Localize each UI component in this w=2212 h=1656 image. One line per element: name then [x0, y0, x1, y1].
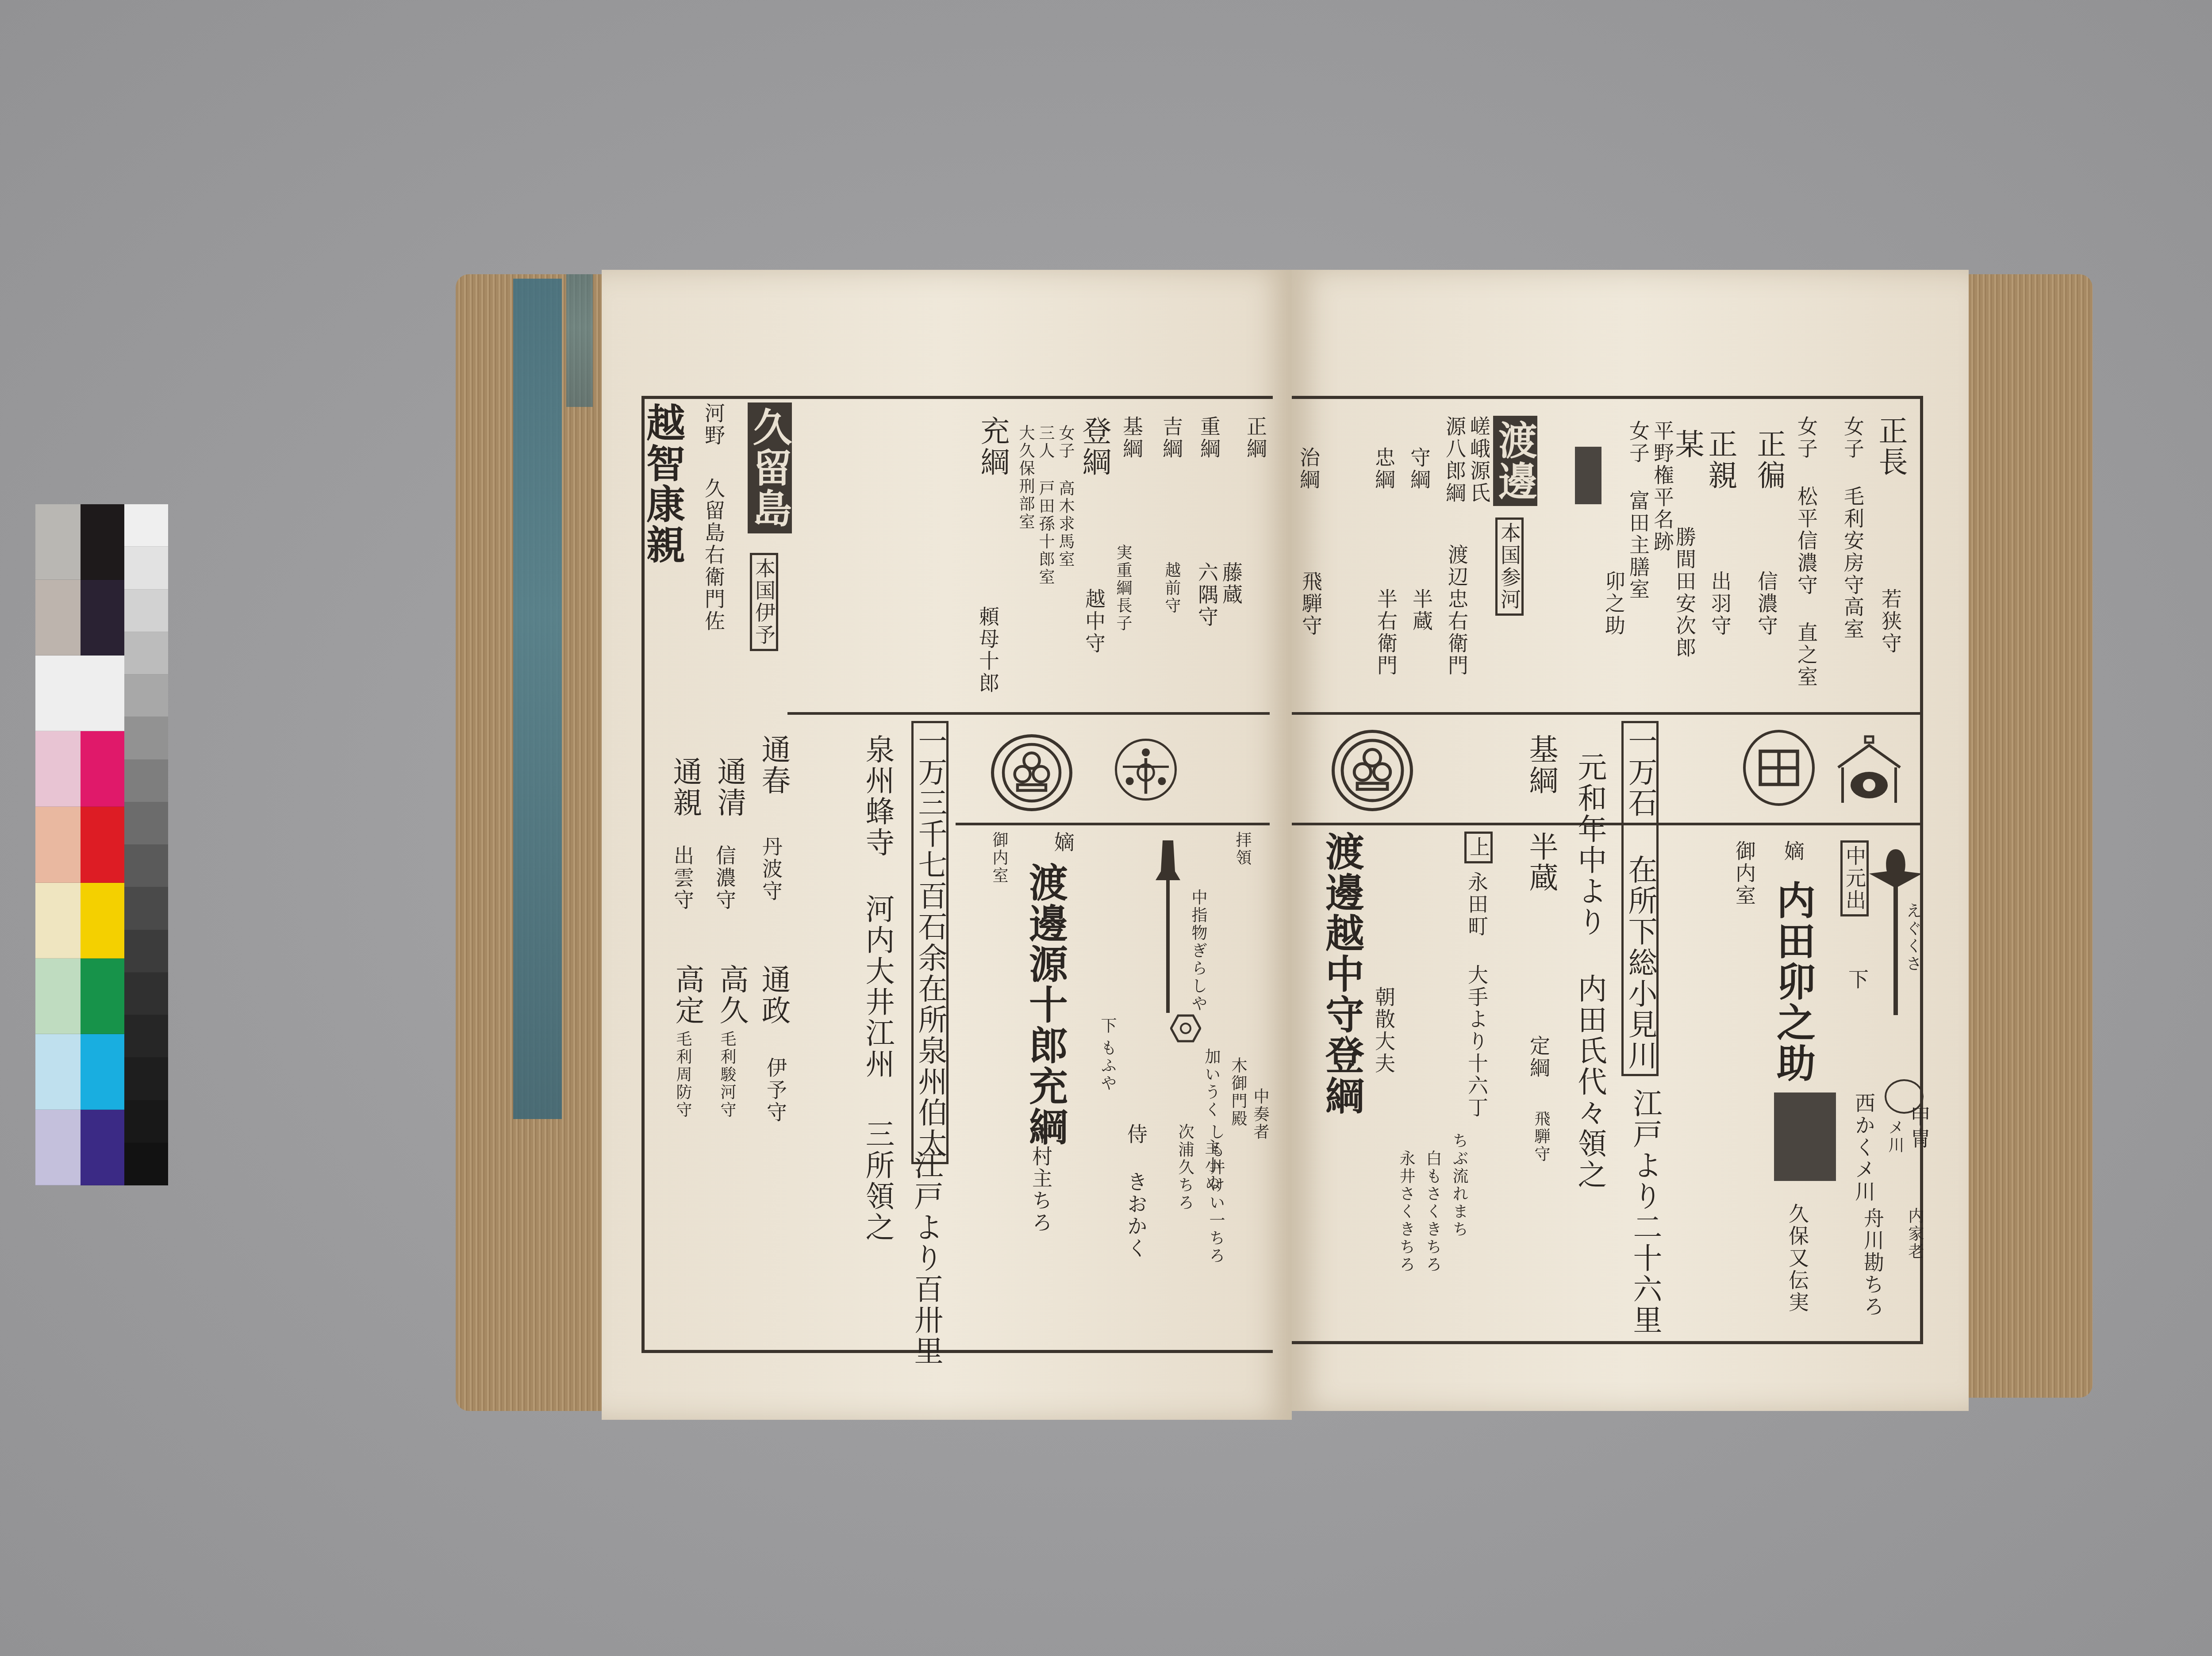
michiharu-title: 丹波守	[761, 836, 781, 902]
color-checker-card	[35, 504, 168, 1185]
crest-three-circles-icon	[991, 734, 1072, 811]
kurushima-title: 久留島右衛門佐	[703, 478, 724, 632]
fief-line-1: 一万三千七百石余在所泉州伯太	[911, 721, 949, 1164]
spear-text: ぎらしや	[1190, 942, 1206, 1013]
michiharu-name: 通春	[759, 734, 788, 796]
sadatsuna-name: 定綱	[1528, 1035, 1549, 1079]
color-patch	[35, 1034, 81, 1110]
harutsuna-name: 治綱	[1298, 447, 1319, 491]
steward-text-3: 永井さくきちろ	[1398, 1150, 1414, 1274]
color-patch	[35, 1110, 81, 1185]
color-patch	[124, 930, 168, 973]
daughters-2: 三人 戸田孫十郎室	[1037, 425, 1053, 586]
band-divider	[787, 712, 1270, 715]
color-patch	[81, 1110, 124, 1185]
noritsuna-name: 登綱	[1079, 416, 1109, 478]
right-note-2: 舟川勘ちろ	[1863, 1207, 1883, 1318]
color-patch	[35, 958, 81, 1034]
crest-shrine-icon	[1836, 734, 1902, 805]
upper-label: 上	[1464, 832, 1493, 863]
crest-text: 西かくメ川	[1854, 1092, 1874, 1203]
color-patch	[124, 802, 168, 845]
masachika-name: 正親	[1705, 429, 1735, 491]
blue-cover-fragment	[566, 274, 593, 407]
yoshitsuna-title: 越前守	[1164, 562, 1179, 615]
color-patch	[124, 717, 168, 759]
blotted-block	[1575, 447, 1601, 504]
open-book: 越智康親 河野 久留島右衛門佐 久留島 本国伊予 充綱 頼母十郎 大久保刑部室 …	[456, 261, 2093, 1420]
haiyo-label: 拝領	[1234, 832, 1250, 867]
right-page: 正長 若狭守 女子 毛利安房守高室 女子 松平信濃守 直之室 正徧 信濃守 正親…	[1292, 270, 1969, 1411]
motsuna-name: 基綱	[1121, 416, 1142, 460]
left-page: 越智康親 河野 久留島右衛門佐 久留島 本国伊予 充綱 頼母十郎 大久保刑部室 …	[602, 270, 1292, 1420]
hexcrest-text-3: しも井けい一ちろ	[1208, 1123, 1224, 1265]
michikiyo-name: 通清	[714, 756, 744, 818]
heir-name: 内田卯之助	[1774, 880, 1813, 1084]
upper-left-label: 中元出	[1840, 840, 1869, 916]
color-patch	[124, 1015, 168, 1058]
color-patch	[81, 1034, 124, 1110]
color-patch	[81, 731, 124, 807]
minamoto-title: 渡辺忠右衛門	[1447, 544, 1467, 677]
masahen-title: 信濃守	[1756, 571, 1777, 637]
retainer-text-2: 侍 きおかく	[1126, 1123, 1146, 1260]
hexcrest-text-2: 次浦久ちろ	[1177, 1123, 1193, 1212]
tadatsuna-name: 忠綱	[1374, 447, 1394, 491]
house-origin: 本国参河	[1495, 517, 1524, 616]
daughter-c: 女子 富田主膳室	[1628, 420, 1648, 601]
mitsutsuna-name: 充綱	[978, 416, 1007, 478]
unosuke-label: 卯之助	[1604, 571, 1624, 637]
mejime-label: 木御門殿	[1230, 1057, 1246, 1128]
masanaga-name: 正長	[1876, 416, 1905, 478]
wife-label: 御内室	[991, 832, 1007, 885]
color-patch	[81, 504, 124, 580]
color-patch	[124, 1058, 168, 1100]
crest-rice-field-icon	[1743, 730, 1815, 806]
heir-note: 久保又伝実	[1787, 1203, 1808, 1314]
color-patch	[124, 760, 168, 802]
crest-three-circles-icon	[1332, 730, 1413, 811]
blue-cover-fragment	[513, 279, 562, 1119]
color-checker-gray-scale	[124, 504, 168, 1185]
michichika-name: 通親	[670, 756, 699, 818]
motsuna-title: 半蔵	[1526, 832, 1555, 893]
masachika-title: 出羽守	[1710, 571, 1730, 637]
daughter-b: 女子 松平信濃守 直之室	[1796, 416, 1816, 688]
fief-line-2: 泉州蜂寺 河内大井江州	[863, 734, 892, 1080]
fief-distance: 江戸より百卅里	[911, 1150, 941, 1367]
fief-line-3: 三所領之	[863, 1119, 892, 1243]
fief-line-1: 一万石 在所下総小見川	[1621, 721, 1659, 1076]
masatsuna-name: 正綱	[1245, 416, 1266, 460]
michichika-title: 出雲守	[672, 845, 693, 911]
kawano-label: 河野	[703, 402, 724, 447]
masahen-name: 正徧	[1754, 429, 1783, 491]
color-patch	[35, 655, 81, 731]
band-divider	[1292, 712, 1920, 715]
retainer-label: 下	[1099, 1017, 1115, 1035]
color-patch	[35, 504, 81, 580]
heir-home: 中村主ちろ	[1031, 1123, 1051, 1234]
color-patch	[124, 590, 168, 632]
motsuna-name: 基綱	[1526, 734, 1555, 796]
color-patch	[124, 632, 168, 675]
bo-title: 勝間田安次郎	[1674, 526, 1695, 659]
color-patch	[81, 807, 124, 882]
color-patch	[81, 655, 124, 731]
takasada-title: 毛利周防守	[675, 1031, 691, 1119]
motsuna-note: 実重綱長子	[1115, 544, 1131, 632]
masanaga-title: 若狭守	[1880, 588, 1901, 655]
minamoto-name: 源八郎綱	[1444, 416, 1465, 504]
spear-standard-icon	[1155, 836, 1181, 1022]
wife-label: 御内室	[1734, 840, 1755, 907]
daughters-1: 女子 高木求馬室	[1057, 425, 1073, 568]
shigetsuna-name: 重綱	[1199, 416, 1219, 460]
heir-label: 嫡	[1053, 832, 1073, 854]
shigetsuna-title2: 藤蔵	[1221, 562, 1241, 606]
mitsutsuna-title: 頼母十郎	[978, 606, 998, 694]
page-frame	[1292, 396, 1923, 1344]
color-patch	[35, 807, 81, 882]
michikiyo-title: 信濃守	[714, 845, 735, 911]
lower-left-label: 下	[1847, 969, 1867, 991]
hexagon-crest-icon	[1170, 1013, 1201, 1044]
crest-divider	[956, 823, 1270, 825]
color-patch	[124, 1100, 168, 1143]
crest-text-2: メ川	[1887, 1119, 1903, 1154]
right-note: 内家老	[1907, 1207, 1923, 1261]
michimasa-name: 通政	[759, 964, 788, 1026]
spear-text: えぐくさ	[1905, 902, 1920, 973]
daughter-a: 女子 毛利安房守高室	[1843, 416, 1863, 640]
takasada-name: 高定	[672, 964, 702, 1026]
yoshitsuna-name: 吉綱	[1161, 416, 1182, 460]
takahisa-name: 高久	[717, 964, 746, 1026]
color-checker-column-pastels	[35, 504, 81, 1185]
harutsuna-title: 飛騨守	[1301, 571, 1321, 637]
bo-name: 某	[1672, 429, 1701, 460]
color-patch	[35, 883, 81, 958]
retainer-text: もふや	[1099, 1039, 1115, 1092]
color-patch	[124, 887, 168, 930]
color-checker-column-saturated	[81, 504, 124, 1185]
yasuchika-name: 越智康親	[644, 402, 683, 565]
house-origin: 本国伊予	[750, 553, 778, 651]
right-page-edge	[1969, 274, 2093, 1398]
crest-wheel-icon	[1115, 739, 1177, 801]
moritsuna-name: 守綱	[1409, 447, 1429, 491]
color-patch	[35, 731, 81, 807]
lord-rank: 朝散大夫	[1374, 986, 1394, 1075]
blotted-block	[1774, 1092, 1836, 1181]
chokkai-label: 中奏者	[1252, 1088, 1268, 1141]
heir-label: 嫡	[1783, 840, 1803, 862]
fief-line-2: 元和年中より 内田氏代々領之	[1575, 752, 1604, 1190]
nagata-label: 永田町	[1467, 871, 1487, 938]
michimasa-title: 伊予守	[765, 1057, 786, 1123]
spear-label: 中指物	[1190, 889, 1206, 942]
color-patch	[81, 580, 124, 655]
color-patch	[81, 883, 124, 958]
color-patch	[124, 845, 168, 887]
tadatsuna-title: 半右衛門	[1376, 588, 1396, 677]
steward-text: ちぶ流れまち	[1451, 1132, 1467, 1238]
fief-distance: 江戸より二十六里	[1630, 1088, 1659, 1336]
color-patch	[124, 504, 168, 547]
crest-label: 甲冑	[1909, 1106, 1929, 1150]
color-patch	[124, 547, 168, 589]
color-patch	[124, 973, 168, 1015]
color-patch	[35, 580, 81, 655]
color-patch	[124, 1143, 168, 1185]
house-label-kurushima: 久留島	[748, 402, 792, 533]
lord-name: 渡邊越中守登綱	[1323, 832, 1362, 1116]
daughters-3: 大久保刑部室	[1018, 425, 1033, 531]
color-patch	[124, 675, 168, 717]
takahisa-title: 毛利駿河守	[719, 1031, 735, 1119]
noritsuna-title: 越中守	[1084, 588, 1104, 655]
steward-text-2: 白もさくきちろ	[1425, 1150, 1440, 1274]
nagata-note: 大手より十六丁	[1467, 964, 1487, 1119]
shigetsuna-title: 六隅守	[1197, 562, 1217, 628]
heir-name: 渡邊源十郎充綱	[1026, 862, 1065, 1147]
color-patch	[81, 958, 124, 1034]
house-label-watanabe: 渡邊	[1493, 416, 1537, 506]
sadatsuna-title: 飛騨守	[1533, 1110, 1549, 1163]
hirano-label: 平野権平名跡	[1652, 420, 1673, 553]
saga-genji-label: 嵯峨源氏	[1469, 416, 1489, 504]
moritsuna-title: 半蔵	[1411, 588, 1432, 632]
